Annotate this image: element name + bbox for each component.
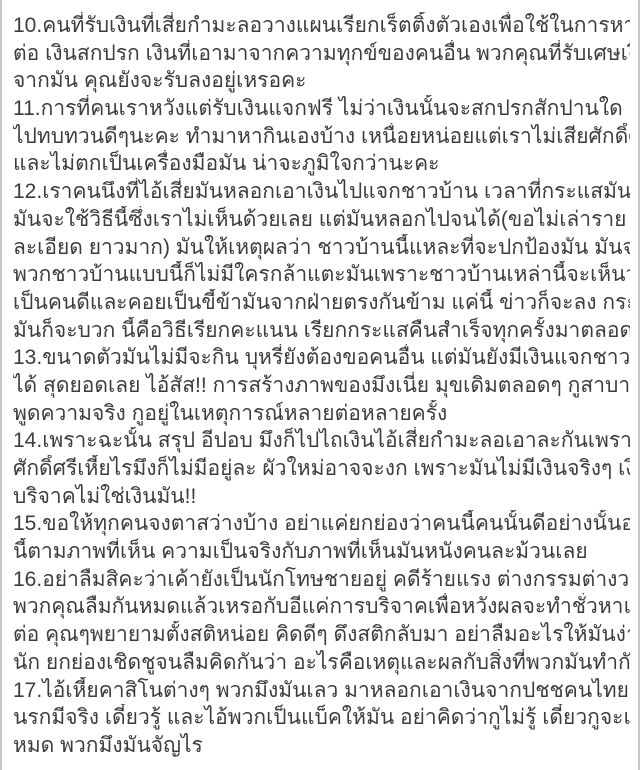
text-line: 13.ขนาดตัวมันไม่มีจะกิน บุหรี่ยังต้องขอค… xyxy=(13,344,630,372)
text-line: 12.เราคนนึงที่ไอ้เสี่ยมันหลอกเอาเงินไปแจ… xyxy=(13,178,630,206)
text-line: พูดความจริง กูอยู่ในเหตุการณ์หลายต่อหลาย… xyxy=(13,400,630,428)
post-paragraph-10: 10.คนที่รับเงินที่เสี่ยกำมะลอวางแผนเรียก… xyxy=(13,12,630,95)
text-line: หมด พวกมึงมันจัญไร xyxy=(13,732,630,760)
text-line: เป็นคนดีและคอยเป็นขี้ข้ามันจากฝ่ายตรงกัน… xyxy=(13,289,630,317)
post-paragraph-11: 11.การที่คนเราหวังแต่รับเงินแจกฟรี ไม่ว่… xyxy=(13,95,630,178)
text-line: ไปทบทวนดีๆนะคะ ทำมาหากินเองบ้าง เหนื่อยห… xyxy=(13,123,630,151)
text-line: บริจาคไม่ใช่เงินมัน!! xyxy=(13,483,630,511)
text-line: พวกคุณลืมกันหมดแล้วเหรอกับอีแค่การบริจาค… xyxy=(13,593,630,621)
post-paragraph-16: 16.อย่าลืมสิคะว่าเค้ายังเป็นนักโทษชายอยู… xyxy=(13,566,630,677)
text-line: จากมัน คุณยังจะรับลงอยู่เหรอคะ xyxy=(13,67,630,95)
text-line: 16.อย่าลืมสิคะว่าเค้ายังเป็นนักโทษชายอยู… xyxy=(13,566,630,594)
text-line: 17.ไอ้เหี้ยคาสิโนต่างๆ พวกมึงมันเลว มาหล… xyxy=(13,677,630,705)
post-paragraph-14: 14.เพราะฉะนั้น สรุป อีปอบ มึงก็ไปไถเงินไ… xyxy=(13,427,630,510)
text-line: นัก ยกย่องเชิดชูจนลืมคิดกันว่า อะไรคือเห… xyxy=(13,649,630,677)
text-line: มันก็จะบวก นี้คือวิธีเรียกคะแนน เรียกกระ… xyxy=(13,317,630,345)
text-line: 10.คนที่รับเงินที่เสี่ยกำมะลอวางแผนเรียก… xyxy=(13,12,630,40)
text-line: 15.ขอให้ทุกคนจงตาสว่างบ้าง อย่าแค่ยกย่อง… xyxy=(13,510,630,538)
text-line: ละเอียด ยาวมาก) มันให้เหตุผลว่า ชาวบ้านน… xyxy=(13,234,630,262)
text-line: 11.การที่คนเราหวังแต่รับเงินแจกฟรี ไม่ว่… xyxy=(13,95,630,123)
post-paragraph-13: 13.ขนาดตัวมันไม่มีจะกิน บุหรี่ยังต้องขอค… xyxy=(13,344,630,427)
post-paragraph-12: 12.เราคนนึงที่ไอ้เสี่ยมันหลอกเอาเงินไปแจ… xyxy=(13,178,630,344)
text-line: ศักดิ์ศรีเหี้ยไรมึงก็ไม่มีอยู่ละ ผัวใหม่… xyxy=(13,455,630,483)
post-text-block: 10.คนที่รับเงินที่เสี่ยกำมะลอวางแผนเรียก… xyxy=(0,0,640,770)
post-paragraph-15: 15.ขอให้ทุกคนจงตาสว่างบ้าง อย่าแค่ยกย่อง… xyxy=(13,510,630,565)
text-line: ต่อ คุณๆพยายามตั้งสติหน่อย คิดดีๆ ดึงสติ… xyxy=(13,621,630,649)
post-paragraph-17: 17.ไอ้เหี้ยคาสิโนต่างๆ พวกมึงมันเลว มาหล… xyxy=(13,677,630,760)
text-line: ได้ สุดยอดเลย ไอ้สัส!! การสร้างภาพของมึง… xyxy=(13,372,630,400)
text-line: ต่อ เงินสกปรก เงินที่เอามาจากความทุกข์ขอ… xyxy=(13,40,630,68)
comment-body: 10.คนที่รับเงินที่เสี่ยกำมะลอวางแผนเรียก… xyxy=(13,12,630,760)
text-line: พวกชาวบ้านแบบนี้ก็ไม่มีใครกล้าแตะมันเพรา… xyxy=(13,261,630,289)
text-line: นี้ตามภาพที่เห็น ความเป็นจริงกับภาพที่เห… xyxy=(13,538,630,566)
text-line: มันจะใช้วิธีนี้ซึ่งเราไม่เห็นด้วยเลย แต่… xyxy=(13,206,630,234)
text-line: 14.เพราะฉะนั้น สรุป อีปอบ มึงก็ไปไถเงินไ… xyxy=(13,427,630,455)
text-line: และไม่ตกเป็นเครื่องมือมัน น่าจะภูมิใจกว่… xyxy=(13,150,630,178)
text-line: นรกมีจริง เดี๋ยวรู้ และไอ้พวกเป็นแบ็คให้… xyxy=(13,704,630,732)
